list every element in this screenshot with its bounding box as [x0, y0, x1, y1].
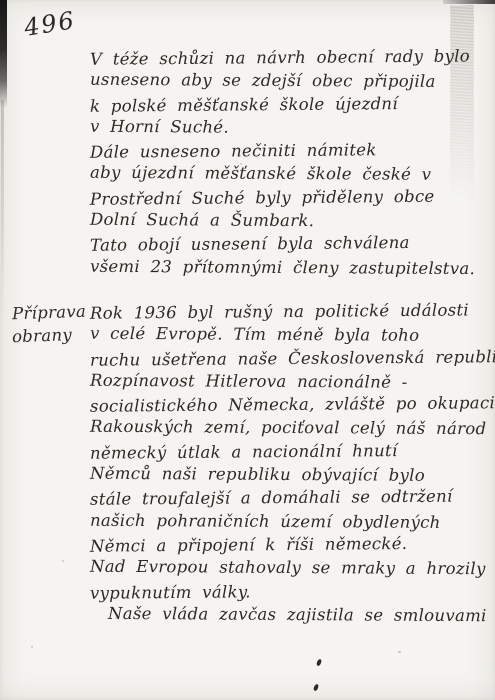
handwritten-line: k polské měšťanské škole újezdní	[90, 91, 490, 118]
handwritten-line: usneseno aby se zdejší obec připojila	[90, 68, 490, 94]
ink-speck	[316, 659, 322, 667]
margin-note-line: Příprava	[12, 300, 87, 326]
ink-speck	[313, 684, 319, 692]
scan-edge-artifact-left-faint	[1, 100, 4, 320]
handwritten-line: všemi 23 přítomnými členy zastupitelstva…	[90, 254, 490, 280]
handwritten-line: V téže schůzi na návrh obecní rady bylo	[90, 44, 490, 71]
handwritten-line: Nad Evropou stahovaly se mraky a hrozily	[90, 555, 490, 581]
manuscript-page: 496 Příprava obrany V téže schůzi na náv…	[0, 0, 495, 700]
handwritten-line: aby újezdní měšťanské škole české v	[90, 161, 490, 187]
handwritten-line: Tato obojí usnesení byla schválena	[90, 231, 490, 258]
handwritten-line: vypuknutím války.	[90, 578, 490, 605]
page-number: 496	[22, 6, 78, 42]
handwritten-line: Dolní Suchá a Šumbark.	[90, 208, 490, 234]
scan-edge-artifact-top-right	[443, 0, 495, 4]
dust-speck	[398, 651, 401, 653]
handwritten-line: našich pohraničních území obydlených	[90, 508, 490, 534]
handwritten-line: v Horní Suché.	[90, 115, 490, 141]
paragraph-school-resolution: V téže schůzi na návrh obecní rady bylo …	[90, 46, 490, 279]
paragraph-defence-preparation: Rok 1936 byl rušný na politické události…	[90, 300, 490, 626]
margin-note: Příprava obrany	[12, 301, 86, 348]
dust-speck	[31, 646, 33, 648]
handwritten-line: německý útlak a nacionální hnutí	[90, 438, 490, 465]
handwritten-line: Rakouských zemí, pociťoval celý náš náro…	[90, 415, 490, 441]
handwritten-line: Rozpínavost Hitlerova nacionálně -	[90, 369, 490, 395]
handwritten-line: ruchu ušetřena naše Československá repub…	[90, 345, 490, 372]
handwritten-line: Prostřední Suché byly přiděleny obce	[90, 184, 490, 211]
handwritten-line: Němců naši republiku obývající bylo	[90, 462, 490, 488]
handwritten-line: Rok 1936 byl rušný na politické události	[90, 298, 490, 325]
dust-speck	[62, 560, 64, 562]
margin-note-line: obrany	[12, 323, 87, 349]
handwritten-line: Naše vláda zavčas zajistila se smlouvami	[90, 602, 490, 628]
handwritten-line: v celé Evropě. Tím méně byla toho	[90, 322, 490, 348]
scan-edge-artifact-left	[0, 0, 7, 108]
handwritten-line: Němci a připojení k říši německé.	[90, 531, 490, 558]
handwritten-line: stále troufalejší a domáhali se odtržení	[90, 485, 490, 512]
